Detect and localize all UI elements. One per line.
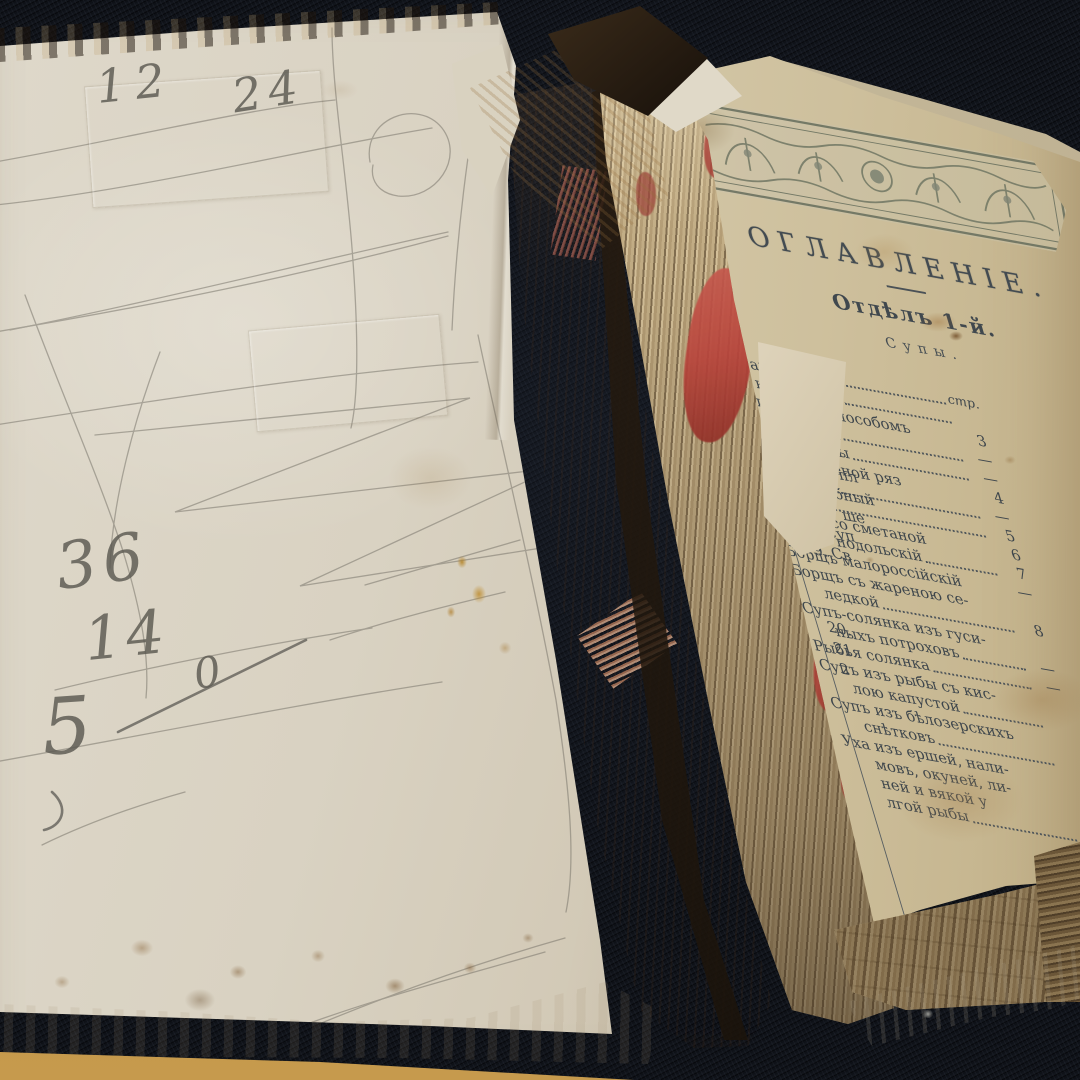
metal-glint [922,1010,934,1018]
photo-of-antique-book: 12 24 36 14 0 5 [0,0,1080,1080]
